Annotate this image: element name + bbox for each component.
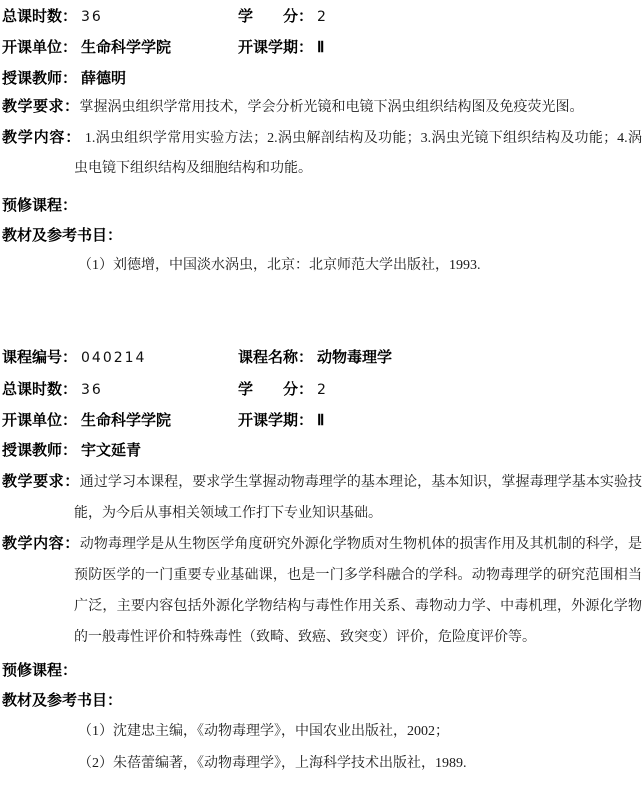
unit-label: 开课单位： bbox=[2, 39, 77, 56]
textbooks-label: 教材及参考书目： bbox=[2, 227, 122, 244]
total-hours-label: 总课时数： bbox=[2, 8, 77, 25]
teaching-requirements-text: 掌握涡虫组织学常用技术，学会分析光镜和电镜下涡虫组织结构图及免疫荧光图。 bbox=[80, 100, 584, 115]
semester-label: 开课学期： bbox=[238, 39, 313, 56]
prerequisites-label: 预修课程： bbox=[2, 197, 77, 214]
course-code-label: 课程编号： bbox=[2, 349, 77, 366]
teacher-label: 授课教师： bbox=[2, 442, 77, 459]
credits-pair: 学 分：2 bbox=[238, 9, 328, 25]
teaching-content-text: 1.涡虫组织学常用实验方法；2.涡虫解剖结构及功能；3.涡虫光镜下组织结构及功能… bbox=[74, 131, 642, 176]
field-row-hours-credits: 总课时数：36 学 分：2 bbox=[2, 9, 641, 25]
credits-pair: 学 分：2 bbox=[238, 382, 328, 398]
field-row-code-name: 课程编号：040214 课程名称：动物毒理学 bbox=[2, 350, 641, 366]
course-code-value: 040214 bbox=[81, 350, 146, 366]
field-row-teacher: 授课教师：宇文延青 bbox=[2, 443, 641, 459]
prerequisites-row: 预修课程： bbox=[2, 198, 641, 214]
prerequisites-label: 预修课程： bbox=[2, 662, 77, 679]
semester-label: 开课学期： bbox=[238, 412, 313, 429]
total-hours-label: 总课时数： bbox=[2, 381, 77, 398]
total-hours-value: 36 bbox=[81, 9, 103, 25]
semester-value: Ⅱ bbox=[317, 40, 324, 56]
credits-value: 2 bbox=[317, 9, 328, 25]
document-page: 总课时数：36 学 分：2 开课单位：生命科学学院 开课学期：Ⅱ 授课教师：薛德… bbox=[0, 0, 643, 811]
teaching-requirements: 教学要求：掌握涡虫组织学常用技术，学会分析光镜和电镜下涡虫组织结构图及免疫荧光图… bbox=[2, 92, 642, 123]
textbook-item: （1）沈建忠主编，《动物毒理学》，中国农业出版社，2002； bbox=[78, 724, 449, 740]
credits-label: 学 分： bbox=[238, 381, 313, 398]
field-row-unit-semester: 开课单位：生命科学学院 开课学期：Ⅱ bbox=[2, 413, 641, 429]
teaching-content: 教学内容：动物毒理学是从生物医学角度研究外源化学物质对生物机体的损害作用及其机制… bbox=[2, 528, 642, 653]
semester-pair: 开课学期：Ⅱ bbox=[238, 413, 324, 429]
teaching-requirements: 教学要求：通过学习本课程，要求学生掌握动物毒理学的基本理论，基本知识，掌握毒理学… bbox=[2, 466, 642, 529]
field-row-teacher: 授课教师：薛德明 bbox=[2, 71, 641, 87]
textbook-item: （1）刘德增，中国淡水涡虫，北京：北京师范大学出版社，1993. bbox=[78, 258, 481, 274]
teaching-content-label: 教学内容： bbox=[2, 535, 80, 552]
course-name-pair: 课程名称：动物毒理学 bbox=[238, 350, 392, 366]
teacher-label: 授课教师： bbox=[2, 70, 77, 87]
total-hours-value: 36 bbox=[81, 382, 103, 398]
unit-value: 生命科学学院 bbox=[81, 39, 171, 56]
textbook-item: （2）朱蓓蕾编著，《动物毒理学》，上海科学技术出版社，1989. bbox=[78, 756, 467, 772]
field-row-hours-credits: 总课时数：36 学 分：2 bbox=[2, 382, 641, 398]
credits-value: 2 bbox=[317, 382, 328, 398]
textbooks-header-row: 教材及参考书目： bbox=[2, 228, 641, 244]
teaching-requirements-label: 教学要求： bbox=[2, 98, 80, 115]
teaching-content-label: 教学内容： bbox=[2, 129, 81, 146]
credits-label: 学 分： bbox=[238, 8, 313, 25]
teacher-value: 薛德明 bbox=[81, 70, 126, 87]
prerequisites-row: 预修课程： bbox=[2, 663, 641, 679]
unit-label: 开课单位： bbox=[2, 412, 77, 429]
textbooks-header-row: 教材及参考书目： bbox=[2, 693, 641, 709]
semester-pair: 开课学期：Ⅱ bbox=[238, 40, 324, 56]
teacher-value: 宇文延青 bbox=[81, 442, 141, 459]
textbooks-label: 教材及参考书目： bbox=[2, 692, 122, 709]
teaching-requirements-label: 教学要求： bbox=[2, 473, 80, 490]
course-name-value: 动物毒理学 bbox=[317, 349, 392, 366]
semester-value: Ⅱ bbox=[317, 413, 324, 429]
unit-value: 生命科学学院 bbox=[81, 412, 171, 429]
teaching-requirements-text: 通过学习本课程，要求学生掌握动物毒理学的基本理论，基本知识，掌握毒理学基本实验技… bbox=[74, 475, 642, 521]
teaching-content: 教学内容： 1.涡虫组织学常用实验方法；2.涡虫解剖结构及功能；3.涡虫光镜下组… bbox=[2, 123, 642, 184]
course-name-label: 课程名称： bbox=[238, 349, 313, 366]
field-row-unit-semester: 开课单位：生命科学学院 开课学期：Ⅱ bbox=[2, 40, 641, 56]
teaching-content-text: 动物毒理学是从生物医学角度研究外源化学物质对生物机体的损害作用及其机制的科学，是… bbox=[74, 537, 642, 645]
